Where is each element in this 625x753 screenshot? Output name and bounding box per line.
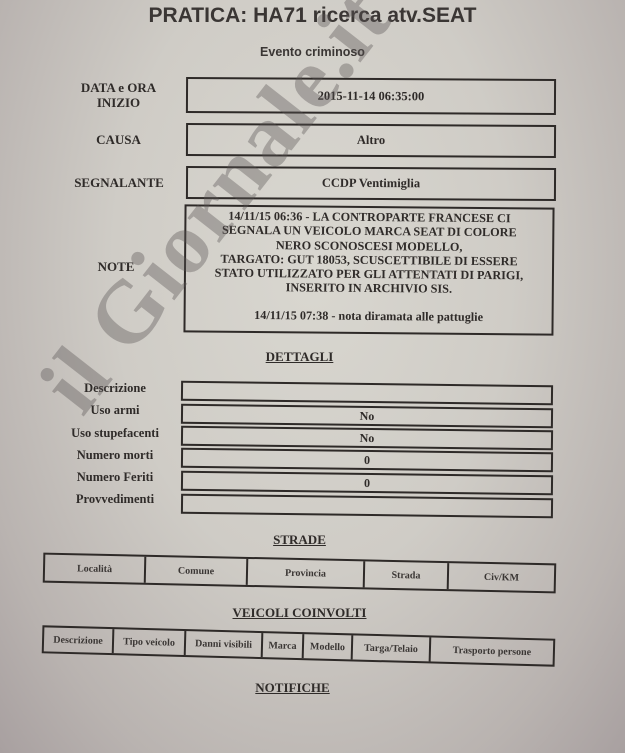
uso-stupefacenti-value: No [360,430,375,445]
note-field: 14/11/15 06:36 - LA CONTROPARTE FRANCESE… [183,204,554,335]
segnalante-value: CCDP Ventimiglia [322,176,420,192]
causa-value: Altro [357,133,385,148]
uso-armi-field: No [181,404,553,429]
causa-field: Altro [186,123,556,158]
segnalante-label: SEGNALANTE [60,175,178,190]
note-label: NOTE [76,259,156,274]
numero-feriti-field: 0 [181,471,553,496]
data-ora-label: DATA e ORA INIZIO [66,80,171,110]
descrizione-label: Descrizione [30,381,200,396]
numero-morti-field: 0 [181,448,553,473]
uso-armi-label: Uso armi [30,403,200,418]
veicoli-col-tipo: Tipo veicolo [114,629,187,655]
strade-col-comune: Comune [146,557,249,585]
strade-col-provincia: Provincia [248,559,366,587]
data-ora-field: 2015-11-14 06:35:00 [186,77,556,115]
numero-morti-value: 0 [364,452,370,467]
strade-heading: STRADE [0,532,612,548]
veicoli-col-descrizione: Descrizione [44,627,115,653]
numero-morti-label: Numero morti [30,448,200,463]
veicoli-col-targa: Targa/Telaio [353,635,432,661]
uso-stupefacenti-label: Uso stupefacenti [30,426,200,441]
veicoli-col-danni: Danni visibili [186,631,264,657]
document-page: PRATICA: HA71 ricerca atv.SEAT Evento cr… [0,0,625,753]
segnalante-field: CCDP Ventimiglia [186,166,556,201]
notifiche-heading: NOTIFICHE [0,680,605,696]
veicoli-col-modello: Modello [304,634,354,659]
note-line: INSERITO IN ARCHIVIO SIS. [186,280,552,297]
dettagli-heading: DETTAGLI [0,349,612,365]
causa-label: CAUSA [66,132,171,147]
data-ora-value: 2015-11-14 06:35:00 [318,88,425,104]
strade-col-civkm: Civ/KM [449,563,555,591]
numero-feriti-value: 0 [364,475,370,490]
provvedimenti-label: Provvedimenti [30,492,200,507]
veicoli-heading: VEICOLI COINVOLTI [0,605,612,621]
veicoli-col-marca: Marca [263,633,305,658]
strade-col-strada: Strada [365,561,450,589]
page-subtitle: Evento criminoso [0,45,625,59]
provvedimenti-field [181,494,553,519]
strade-col-localita: Località [45,555,147,583]
veicoli-col-trasporto: Trasporto persone [431,637,554,664]
descrizione-field [181,381,553,406]
strade-table-header: Località Comune Provincia Strada Civ/KM [43,553,557,594]
uso-stupefacenti-field: No [181,426,553,451]
numero-feriti-label: Numero Feriti [30,470,200,485]
veicoli-table-header: Descrizione Tipo veicolo Danni visibili … [42,625,556,666]
uso-armi-value: No [360,408,375,423]
note-followup: 14/11/15 07:38 - nota diramata alle patt… [186,307,552,324]
page-title: PRATICA: HA71 ricerca atv.SEAT [0,4,625,28]
